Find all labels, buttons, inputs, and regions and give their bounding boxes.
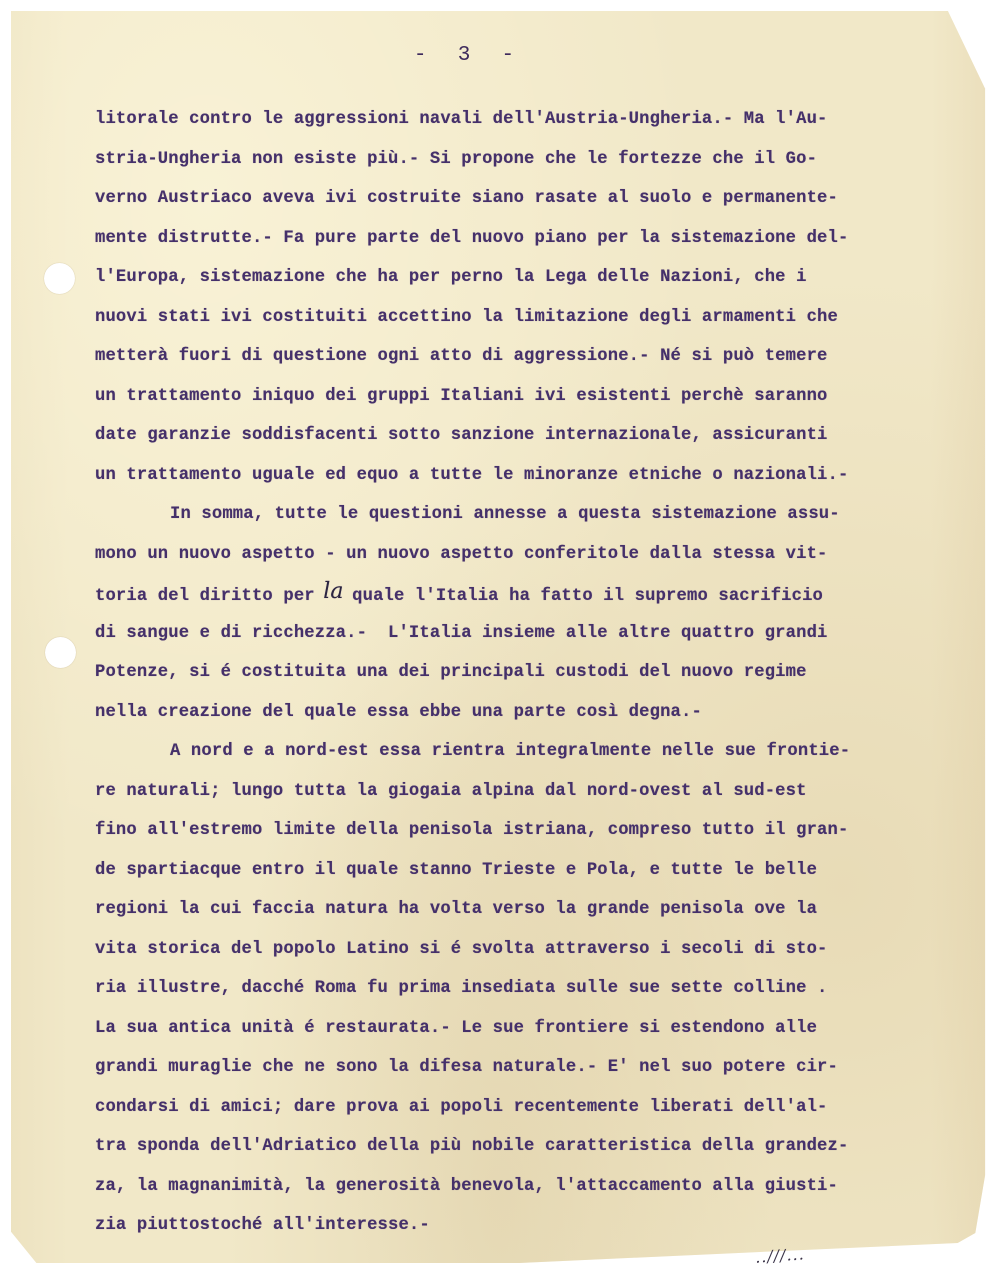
- text-line: stria-Ungheria non esiste più.- Si propo…: [95, 140, 965, 180]
- text-line: condarsi di amici; dare prova ai popoli …: [95, 1088, 965, 1128]
- text-line: regioni la cui faccia natura ha volta ve…: [95, 890, 965, 930]
- text-line-with-handwritten-correction: toria del diritto per la quale l'Italia …: [95, 574, 965, 614]
- text-segment: quale l'Italia ha fatto il supremo sacri…: [342, 587, 823, 606]
- text-line: grandi muraglie che ne sono la difesa na…: [95, 1048, 965, 1088]
- handwritten-correction: la: [323, 572, 343, 612]
- text-line: verno Austriaco aveva ivi costruite sian…: [95, 179, 965, 219]
- text-line: Potenze, si é costituita una dei princip…: [95, 653, 965, 693]
- handwritten-mark: ..///...: [754, 1244, 805, 1266]
- text-line: date garanzie soddisfacenti sotto sanzio…: [95, 416, 965, 456]
- document-body: litorale contro le aggressioni navali de…: [95, 100, 965, 1246]
- text-line: za, la magnanimità, la generosità benevo…: [95, 1167, 965, 1207]
- paragraph-start-line: In somma, tutte le questioni annesse a q…: [95, 495, 965, 535]
- text-line: mente distrutte.- Fa pure parte del nuov…: [95, 219, 965, 259]
- text-line: nuovi stati ivi costituiti accettino la …: [95, 298, 965, 338]
- text-line: metterà fuori di questione ogni atto di …: [95, 337, 965, 377]
- text-line: fino all'estremo limite della penisola i…: [95, 811, 965, 851]
- page-number: - 3 -: [0, 44, 930, 67]
- text-line: zia piuttostoché all'interesse.-: [95, 1206, 965, 1246]
- text-line: tra sponda dell'Adriatico della più nobi…: [95, 1127, 965, 1167]
- text-line: mono un nuovo aspetto - un nuovo aspetto…: [95, 535, 965, 575]
- text-line: vita storica del popolo Latino si é svol…: [95, 930, 965, 970]
- text-line: l'Europa, sistemazione che ha per perno …: [95, 258, 965, 298]
- text-line: di sangue e di ricchezza.- L'Italia insi…: [95, 614, 965, 654]
- text-line: un trattamento uguale ed equo a tutte le…: [95, 456, 965, 496]
- punch-hole-upper: [44, 263, 75, 294]
- text-line: un trattamento iniquo dei gruppi Italian…: [95, 377, 965, 417]
- punch-hole-lower: [45, 637, 76, 668]
- text-line: nella creazione del quale essa ebbe una …: [95, 693, 965, 733]
- text-line: litorale contro le aggressioni navali de…: [95, 100, 965, 140]
- text-line: La sua antica unità é restaurata.- Le su…: [95, 1009, 965, 1049]
- text-line: ria illustre, dacché Roma fu prima insed…: [95, 969, 965, 1009]
- text-line: de spartiacque entro il quale stanno Tri…: [95, 851, 965, 891]
- text-line: re naturali; lungo tutta la giogaia alpi…: [95, 772, 965, 812]
- paragraph-start-line: A nord e a nord-est essa rientra integra…: [95, 732, 965, 772]
- text-segment: toria del diritto per: [95, 587, 325, 606]
